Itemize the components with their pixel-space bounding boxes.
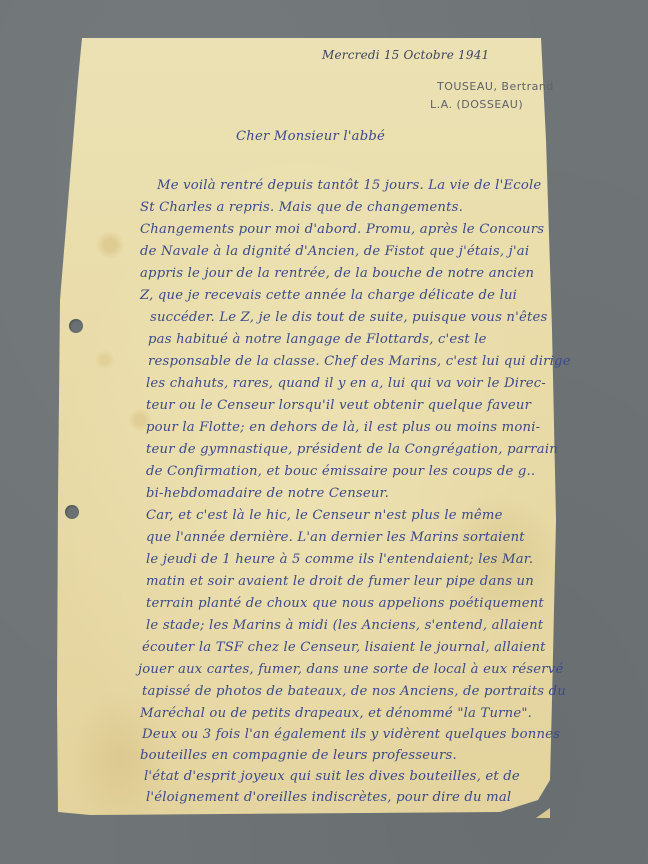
body-line: pour la Flotte; en dehors de là, il est … xyxy=(146,420,540,435)
body-line: jouer aux cartes, fumer, dans une sorte … xyxy=(138,662,563,677)
body-line: Z, que je recevais cette année la charge… xyxy=(140,288,517,303)
punch-hole-bottom xyxy=(65,505,79,519)
body-line: bouteilles en compagnie de leurs profess… xyxy=(140,748,457,763)
archive-annotation-name: TOUSEAU, Bertrand xyxy=(437,80,554,93)
body-line: le stade; les Marins à midi (les Anciens… xyxy=(146,618,543,633)
body-line: bi-hebdomadaire de notre Censeur. xyxy=(146,486,389,501)
body-line: responsable de la classe. Chef des Marin… xyxy=(148,354,571,369)
folded-corner xyxy=(536,808,550,818)
body-line: de Confirmation, et bouc émissaire pour … xyxy=(146,464,535,479)
punch-hole-top xyxy=(69,319,83,333)
body-line: teur ou le Censeur lorsqu'il veut obteni… xyxy=(146,398,531,413)
body-line: l'éloignement d'oreilles indiscrètes, po… xyxy=(146,790,511,805)
body-line: Deux ou 3 fois l'an également ils y vidè… xyxy=(142,727,560,742)
body-line: Changements pour moi d'abord. Promu, apr… xyxy=(140,222,544,237)
letter-date: Mercredi 15 Octobre 1941 xyxy=(322,48,489,62)
body-line: de Navale à la dignité d'Ancien, de Fist… xyxy=(140,244,529,259)
body-line: tapissé de photos de bateaux, de nos Anc… xyxy=(142,684,566,699)
body-line: l'état d'esprit joyeux qui suit les dive… xyxy=(144,769,520,784)
body-line: pas habitué à notre langage de Flottards… xyxy=(148,332,487,347)
body-line: succéder. Le Z, je le dis tout de suite,… xyxy=(150,310,547,325)
body-line: Car, et c'est là le hic, le Censeur n'es… xyxy=(146,508,503,523)
body-line: St Charles a repris. Mais que de changem… xyxy=(140,200,463,215)
body-line: terrain planté de choux que nous appelio… xyxy=(146,596,544,611)
body-line: le jeudi de 1 heure à 5 comme ils l'ente… xyxy=(146,552,533,567)
body-line: Me voilà rentré depuis tantôt 15 jours. … xyxy=(157,178,541,193)
body-line: appris le jour de la rentrée, de la bouc… xyxy=(140,266,534,281)
body-line: teur de gymnastique, président de la Con… xyxy=(146,442,558,457)
body-line: Maréchal ou de petits drapeaux, et dénom… xyxy=(140,706,532,721)
body-line: que l'année dernière. L'an dernier les M… xyxy=(146,530,525,545)
body-line: matin et soir avaient le droit de fumer … xyxy=(146,574,534,589)
salutation: Cher Monsieur l'abbé xyxy=(236,129,385,144)
body-line: les chahuts, rares, quand il y en a, lui… xyxy=(146,376,546,391)
archive-annotation-ref: L.A. (DOSSEAU) xyxy=(430,98,523,111)
body-line: écouter la TSF chez le Censeur, lisaient… xyxy=(142,640,546,655)
